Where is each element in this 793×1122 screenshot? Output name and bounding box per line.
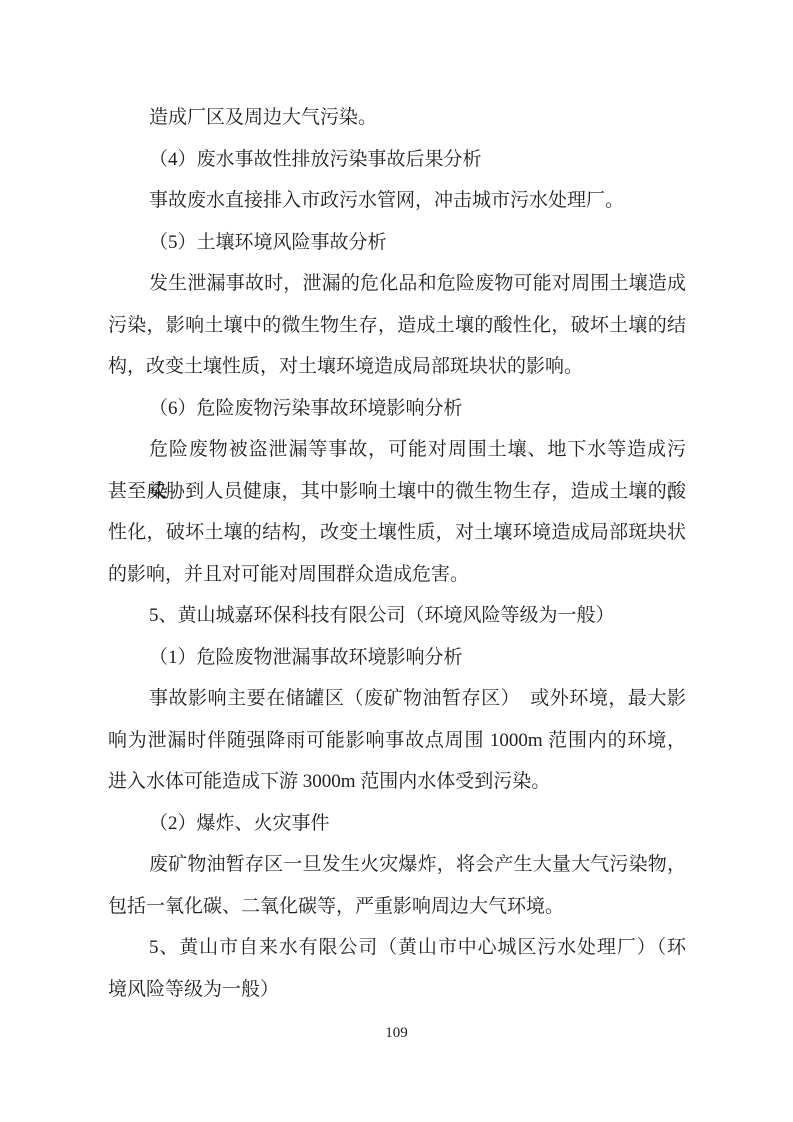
body-text-line: 的影响，并且对可能对周围群众造成危害。 <box>108 554 686 596</box>
body-text-line: 造成厂区及周边大气污染。 <box>108 97 686 139</box>
subsection-heading-line: （5）土壤环境风险事故分析 <box>108 222 686 264</box>
body-text-line: 危险废物被盗泄漏等事故，可能对周围土壤、地下水等造成污染， <box>108 429 686 471</box>
numbered-item-line: 5、黄山市自来水有限公司（黄山市中心城区污水处理厂）（环 <box>108 927 686 969</box>
body-text-line: 包括一氧化碳、二氧化碳等，严重影响周边大气环境。 <box>108 886 686 928</box>
body-text-line: 事故影响主要在储罐区（废矿物油暂存区） 或外环境，最大影 <box>108 678 686 720</box>
body-text-line: 甚至威胁到人员健康，其中影响土壤中的微生物生存，造成土壤的酸 <box>108 471 686 513</box>
body-text-line: 污染，影响土壤中的微生物生存，造成土壤的酸性化，破坏土壤的结 <box>108 305 686 347</box>
page-number: 109 <box>0 1024 793 1042</box>
body-text-line: 响为泄漏时伴随强降雨可能影响事故点周围 1000m 范围内的环境， <box>108 720 686 762</box>
body-text-line: 发生泄漏事故时，泄漏的危化品和危险废物可能对周围土壤造成 <box>108 263 686 305</box>
numbered-item-line: 5、黄山城嘉环保科技有限公司（环境风险等级为一般） <box>108 595 686 637</box>
subsection-heading-line: （1）危险废物泄漏事故环境影响分析 <box>108 637 686 679</box>
numbered-item-line: 境风险等级为一般） <box>108 969 686 1011</box>
subsection-heading-line: （4）废水事故性排放污染事故后果分析 <box>108 139 686 181</box>
document-body: 造成厂区及周边大气污染。 （4）废水事故性排放污染事故后果分析 事故废水直接排入… <box>108 97 686 1010</box>
document-page: 造成厂区及周边大气污染。 （4）废水事故性排放污染事故后果分析 事故废水直接排入… <box>0 0 793 1122</box>
body-text-line: 废矿物油暂存区一旦发生火灾爆炸，将会产生大量大气污染物， <box>108 844 686 886</box>
body-text-line: 构，改变土壤性质，对土壤环境造成局部斑块状的影响。 <box>108 346 686 388</box>
subsection-heading-line: （2）爆炸、火灾事件 <box>108 803 686 845</box>
body-text-line: 进入水体可能造成下游 3000m 范围内水体受到污染。 <box>108 761 686 803</box>
subsection-heading-line: （6）危险废物污染事故环境影响分析 <box>108 388 686 430</box>
body-text-line: 事故废水直接排入市政污水管网，冲击城市污水处理厂。 <box>108 180 686 222</box>
body-text-line: 性化，破坏土壤的结构，改变土壤性质，对土壤环境造成局部斑块状 <box>108 512 686 554</box>
